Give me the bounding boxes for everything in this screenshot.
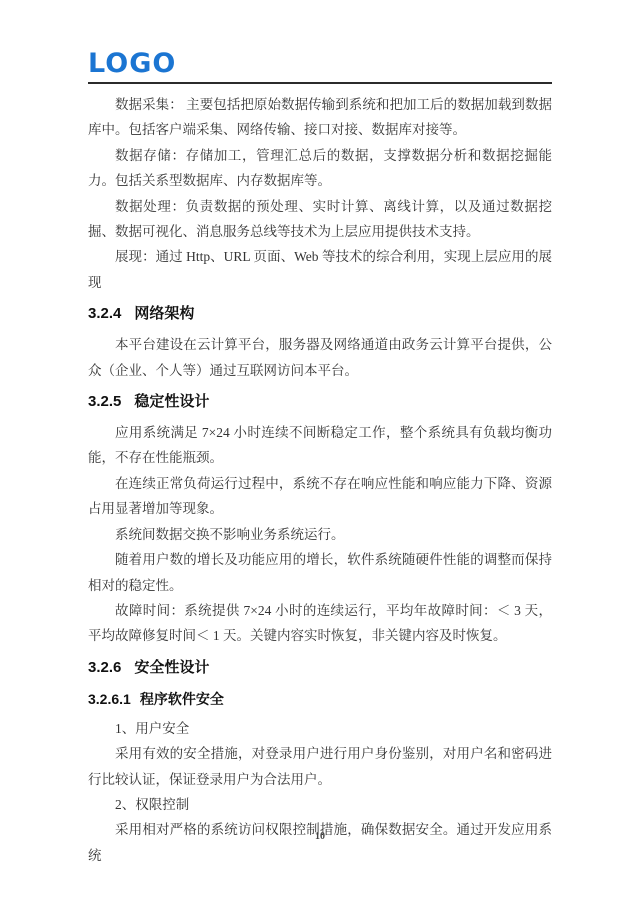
paragraph-user-authentication: 采用有效的安全措施，对登录用户进行用户身份鉴别，对用户名和密码进行比较认证，保证… <box>88 741 552 792</box>
section-heading-security-design: 3.2.6安全性设计 <box>88 655 552 681</box>
paragraph-user-growth: 随着用户数的增长及功能应用的增长，软件系统随硬件性能的调整而保持相对的稳定性。 <box>88 547 552 598</box>
paragraph-access-control: 采用相对严格的系统访问权限控制措施，确保数据安全。通过开发应用系统 <box>88 817 552 868</box>
paragraph-data-processing: 数据处理：负责数据的预处理、实时计算、离线计算，以及通过数据挖掘、数据可视化、消… <box>88 194 552 245</box>
page-header: LOGO <box>88 50 552 84</box>
paragraph-data-storage: 数据存储：存储加工，管理汇总后的数据，支撑数据分析和数据挖掘能力。包括关系型数据… <box>88 143 552 194</box>
list-item-user-security: 1、用户安全 <box>88 716 552 741</box>
section-title: 安全性设计 <box>134 659 209 676</box>
page-footer: 10 <box>0 831 640 842</box>
section-title: 稳定性设计 <box>134 393 209 410</box>
section-number: 3.2.4 <box>88 305 121 322</box>
page-number: 10 <box>315 831 325 842</box>
subsection-number: 3.2.6.1 <box>88 691 131 707</box>
subsection-title: 程序软件安全 <box>140 691 224 707</box>
section-number: 3.2.6 <box>88 659 121 676</box>
paragraph-uptime: 应用系统满足 7×24 小时连续不间断稳定工作，整个系统具有负载均衡功能，不存在… <box>88 420 552 471</box>
document-content: 数据采集： 主要包括把原始数据传输到系统和把加工后的数据加载到数据库中。包括客户… <box>88 92 552 868</box>
subsection-heading-software-security: 3.2.6.1程序软件安全 <box>88 686 552 712</box>
logo: LOGO <box>88 50 552 77</box>
section-heading-network-architecture: 3.2.4网络架构 <box>88 301 552 327</box>
paragraph-network-platform: 本平台建设在云计算平台，服务器及网络通道由政务云计算平台提供，公众（企业、个人等… <box>88 332 552 383</box>
section-number: 3.2.5 <box>88 393 121 410</box>
list-item-permission-control: 2、权限控制 <box>88 792 552 817</box>
header-rule <box>88 82 552 84</box>
document-page: LOGO 数据采集： 主要包括把原始数据传输到系统和把加工后的数据加载到数据库中… <box>0 0 640 906</box>
paragraph-data-exchange: 系统间数据交换不影响业务系统运行。 <box>88 522 552 547</box>
paragraph-failure-time: 故障时间：系统提供 7×24 小时的连续运行，平均年故障时间：＜ 3 天，平均故… <box>88 598 552 649</box>
paragraph-data-collection: 数据采集： 主要包括把原始数据传输到系统和把加工后的数据加载到数据库中。包括客户… <box>88 92 552 143</box>
section-title: 网络架构 <box>134 305 194 322</box>
section-heading-stability-design: 3.2.5稳定性设计 <box>88 389 552 415</box>
paragraph-presentation: 展现：通过 Http、URL 页面、Web 等技术的综合利用，实现上层应用的展现 <box>88 244 552 295</box>
paragraph-load-performance: 在连续正常负荷运行过程中，系统不存在响应性能和响应能力下降、资源占用显著增加等现… <box>88 471 552 522</box>
